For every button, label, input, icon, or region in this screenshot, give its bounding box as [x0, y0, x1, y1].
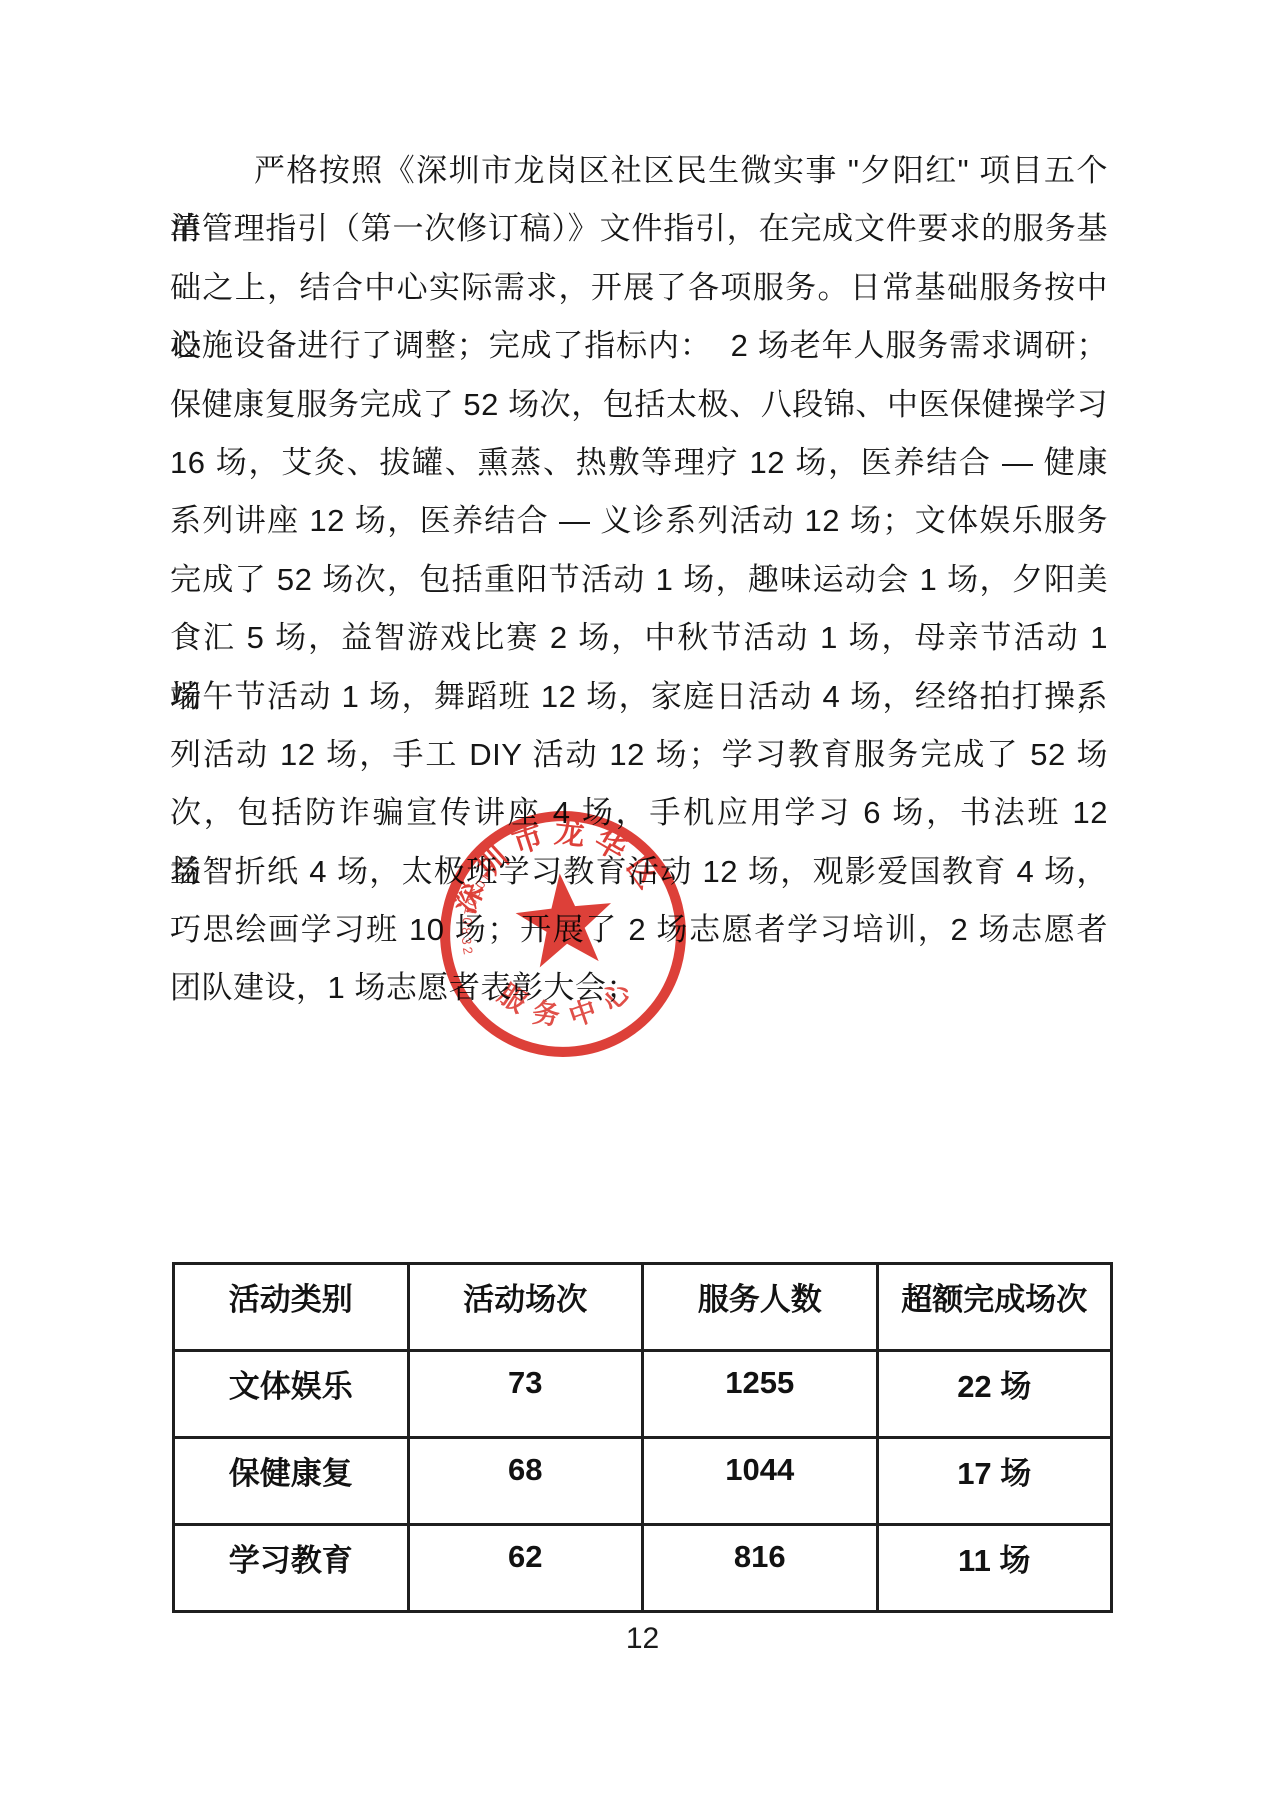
paragraph-line: 严格按照《深圳市龙岗区社区民生微实事 "夕阳红" 项目五个清	[170, 142, 1108, 200]
table-header-row: 活动类别 活动场次 服务人数 超额完成场次	[174, 1264, 1112, 1351]
cell-category: 保健康复	[174, 1438, 409, 1525]
cell-extra: 11 场	[877, 1525, 1112, 1612]
paragraph-line: 端午节活动 1 场，舞蹈班 12 场，家庭日活动 4 场，经络拍打操系	[170, 668, 1108, 726]
cell-people: 1255	[643, 1351, 878, 1438]
header-people-served: 服务人数	[643, 1264, 878, 1351]
paragraph-line: 食汇 5 场，益智游戏比赛 2 场，中秋节活动 1 场，母亲节活动 1 场，	[170, 609, 1108, 667]
cell-people: 1044	[643, 1438, 878, 1525]
star-icon	[512, 869, 617, 970]
paragraph-line: 完成了 52 场次，包括重阳节活动 1 场，趣味运动会 1 场，夕阳美	[170, 551, 1108, 609]
paragraph-line: 列活动 12 场，手工 DIY 活动 12 场；学习教育服务完成了 52 场	[170, 726, 1108, 784]
cell-sessions: 68	[408, 1438, 643, 1525]
cell-people: 816	[643, 1525, 878, 1612]
header-activity-sessions: 活动场次	[408, 1264, 643, 1351]
paragraph-line: 16 场，艾灸、拔罐、熏蒸、热敷等理疗 12 场，医养结合 — 健康	[170, 434, 1108, 492]
paragraph-line: 设施设备进行了调整；完成了指标内： 2 场老年人服务需求调研；	[170, 317, 1108, 375]
page-number: 12	[172, 1622, 1113, 1656]
header-extra-sessions: 超额完成场次	[877, 1264, 1112, 1351]
paragraph-line: 单管理指引（第一次修订稿）》文件指引，在完成文件要求的服务基	[170, 200, 1108, 258]
cell-extra: 17 场	[877, 1438, 1112, 1525]
document-page: { "document": { "lines": [ "严格按照《深圳市龙岗区社…	[0, 0, 1271, 1800]
paragraph-line: 保健康复服务完成了 52 场次，包括太极、八段锦、中医保健操学习	[170, 376, 1108, 434]
activity-summary-table: 活动类别 活动场次 服务人数 超额完成场次 文体娱乐 73 1255 22 场 …	[172, 1262, 1113, 1613]
cell-category: 文体娱乐	[174, 1351, 409, 1438]
paragraph-line: 系列讲座 12 场，医养结合 — 义诊系列活动 12 场；文体娱乐服务	[170, 492, 1108, 550]
cell-sessions: 73	[408, 1351, 643, 1438]
header-activity-category: 活动类别	[174, 1264, 409, 1351]
paragraph-line: 础之上，结合中心实际需求，开展了各项服务。日常基础服务按中心	[170, 259, 1108, 317]
cell-extra: 22 场	[877, 1351, 1112, 1438]
table-row: 文体娱乐 73 1255 22 场	[174, 1351, 1112, 1438]
table-row: 学习教育 62 816 11 场	[174, 1525, 1112, 1612]
table-row: 保健康复 68 1044 17 场	[174, 1438, 1112, 1525]
official-seal-stamp: 深圳市龙华区 服务中心 4403010832	[432, 803, 694, 1065]
cell-sessions: 62	[408, 1525, 643, 1612]
cell-category: 学习教育	[174, 1525, 409, 1612]
